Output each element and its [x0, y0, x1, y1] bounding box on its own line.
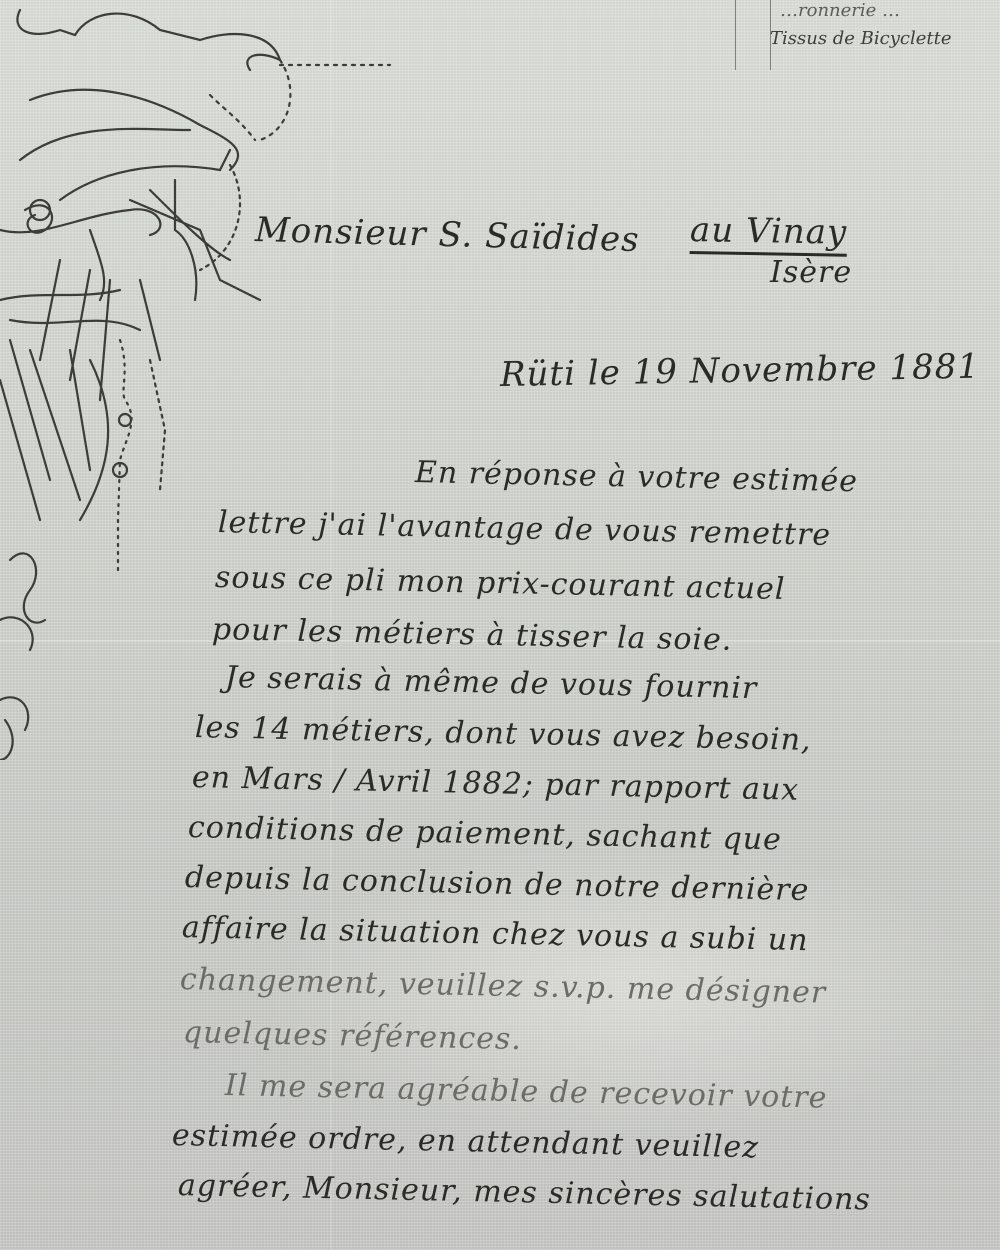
body-line: quelques références. — [183, 1015, 523, 1057]
corner-note-line-2: Tissus de Bicyclette — [770, 28, 952, 49]
recipient-region: Isère — [770, 255, 852, 290]
recipient-location: au Vinay — [690, 210, 848, 253]
dateline: Rüti le 19 Novembre 1881 — [500, 347, 981, 395]
corner-note-line-1: …ronnerie … — [780, 0, 900, 21]
corner-ruled-line — [735, 0, 736, 70]
